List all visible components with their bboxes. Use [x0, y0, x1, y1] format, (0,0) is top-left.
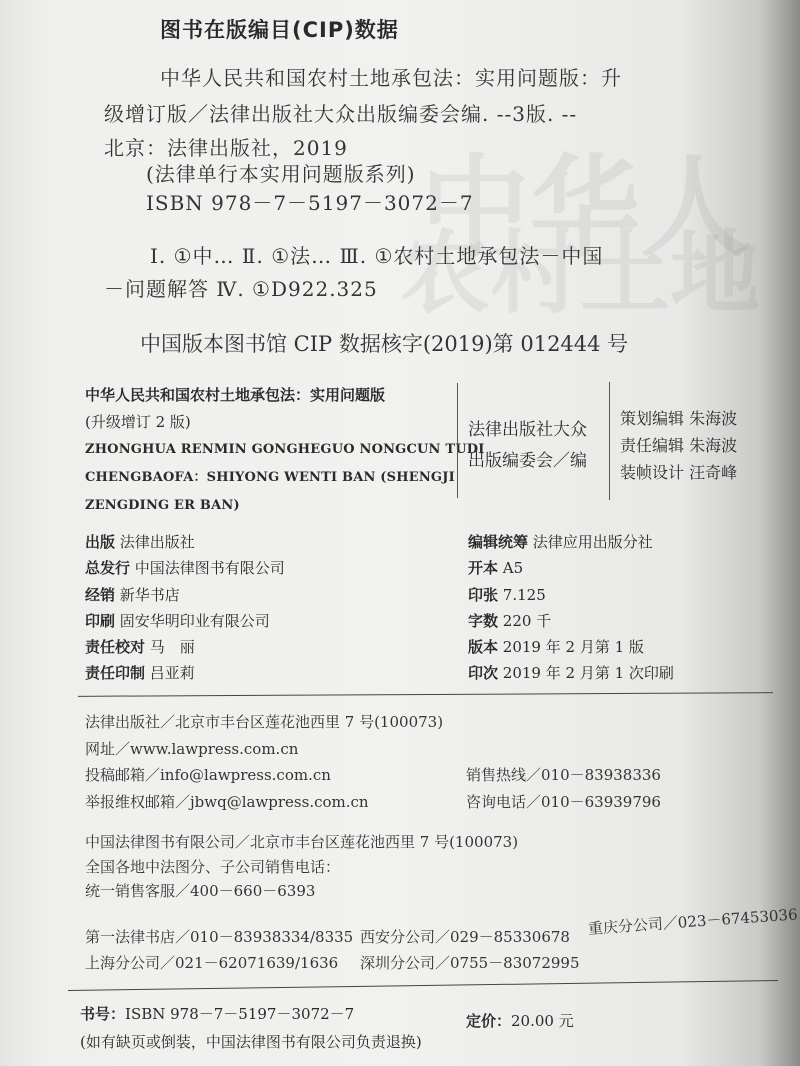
info-row: 印次 2019 年 2 月第 1 次印刷 [468, 660, 674, 686]
author-credit: 法律出版社大众 出版编委会／编 [468, 415, 587, 477]
report-email: 举报维权邮箱／jbwq@lawpress.com.cn [85, 789, 443, 816]
editor-row: 责任编辑 朱海波 [620, 432, 737, 459]
publisher-contact: 法律出版社／北京市丰台区莲花池西里 7 号(100073) 网址／www.law… [85, 709, 443, 815]
title-block: 中华人民共和国农村土地承包法：实用问题版 (升级增订 2 版) ZHONGHUA… [85, 382, 485, 520]
info-row: 编辑统筹 法律应用出版分社 [468, 529, 674, 555]
divider [457, 383, 458, 498]
cip-classification: －问题解答 Ⅳ. ①D922.325 [104, 273, 378, 302]
branch-phone: 第一法律书店／010－83938334/8335 [85, 926, 353, 947]
book-title: 中华人民共和国农村土地承包法：实用问题版 [85, 382, 485, 409]
website: 网址／www.lawpress.com.cn [85, 736, 443, 763]
cip-isbn: ISBN 978－7－5197－3072－7 [146, 187, 474, 216]
cip-line: (法律单行本实用问题版系列) [146, 158, 416, 187]
divider [78, 692, 773, 697]
info-row: 版本 2019 年 2 月第 1 版 [468, 634, 674, 660]
customer-service: 统一销售客服／400－660－6393 [85, 879, 518, 904]
info-row: 经销 新华书店 [85, 582, 285, 608]
cip-line: 级增订版／法律出版社大众出版编委会编. --3版. -- [104, 98, 577, 127]
branch-phone: 上海分公司／021－62071639/1636 [85, 952, 338, 973]
publisher-address: 法律出版社／北京市丰台区莲花池西里 7 号(100073) [85, 709, 443, 736]
branches-heading: 全国各地中法图分、子公司销售电话： [85, 855, 518, 880]
cip-line: 中华人民共和国农村土地承包法：实用问题版：升 [160, 62, 622, 91]
cip-classification: Ⅰ. ①中… Ⅱ. ①法… Ⅲ. ①农村土地承包法－中国 [150, 240, 603, 269]
info-row: 责任校对 马 丽 [85, 634, 285, 660]
copyright-page: 中华人 农村土地 图书在版编目(CIP)数据 中华人民共和国农村土地承包法：实用… [0, 0, 800, 1066]
info-row: 印张 7.125 [468, 582, 674, 608]
branch-phone: 西安分公司／029－85330678 [360, 926, 570, 947]
publication-info-left: 出版 法律出版社 总发行 中国法律图书有限公司 经销 新华书店 印刷 固安华明印… [85, 529, 285, 687]
sales-hotline: 销售热线／010－83938336 [466, 762, 661, 789]
info-row: 印刷 固安华明印业有限公司 [85, 608, 285, 634]
pinyin-title: ZENGDING ER BAN) [85, 492, 485, 520]
book-number: 书号：ISBN 978－7－5197－3072－7 [80, 1003, 354, 1024]
cip-verification-number: 中国版本图书馆 CIP 数据核字(2019)第 012444 号 [140, 328, 628, 358]
branch-phone: 深圳分公司／0755－83072995 [360, 952, 580, 973]
info-row: 字数 220 千 [468, 608, 674, 634]
price: 定价：20.00 元 [466, 1010, 574, 1031]
info-row: 责任印制 吕亚莉 [85, 660, 285, 686]
editor-credits: 策划编辑 朱海波 责任编辑 朱海波 装帧设计 汪奇峰 [620, 405, 737, 486]
branch-phone: 重庆分公司／023－67453036 [587, 903, 798, 939]
divider [68, 980, 778, 991]
publication-info-right: 编辑统筹 法律应用出版分社 开本 A5 印张 7.125 字数 220 千 版本… [468, 529, 674, 687]
info-row: 出版 法律出版社 [85, 529, 285, 555]
distributor-info: 中国法律图书有限公司／北京市丰台区莲花池西里 7 号(100073) 全国各地中… [85, 830, 518, 904]
pinyin-title: ZHONGHUA RENMIN GONGHEGUO NONGCUN TUDI [85, 436, 485, 464]
editor-row: 策划编辑 朱海波 [620, 405, 737, 432]
editor-row: 装帧设计 汪奇峰 [620, 459, 737, 486]
cip-line: 北京：法律出版社，2019 [104, 132, 348, 161]
info-row: 总发行 中国法律图书有限公司 [85, 555, 285, 581]
hotlines: 销售热线／010－83938336 咨询电话／010－63939796 [466, 762, 661, 815]
divider [609, 382, 610, 500]
return-note: (如有缺页或倒装，中国法律图书有限公司负责退换) [80, 1031, 422, 1052]
info-row: 开本 A5 [468, 555, 674, 581]
book-edition: (升级增订 2 版) [85, 409, 485, 436]
submission-email: 投稿邮箱／info@lawpress.com.cn [85, 762, 443, 789]
inquiry-phone: 咨询电话／010－63939796 [466, 789, 661, 816]
cip-heading: 图书在版编目(CIP)数据 [160, 14, 399, 44]
distributor-address: 中国法律图书有限公司／北京市丰台区莲花池西里 7 号(100073) [85, 830, 518, 855]
pinyin-title: CHENGBAOFA：SHIYONG WENTI BAN (SHENGJI [85, 464, 485, 492]
